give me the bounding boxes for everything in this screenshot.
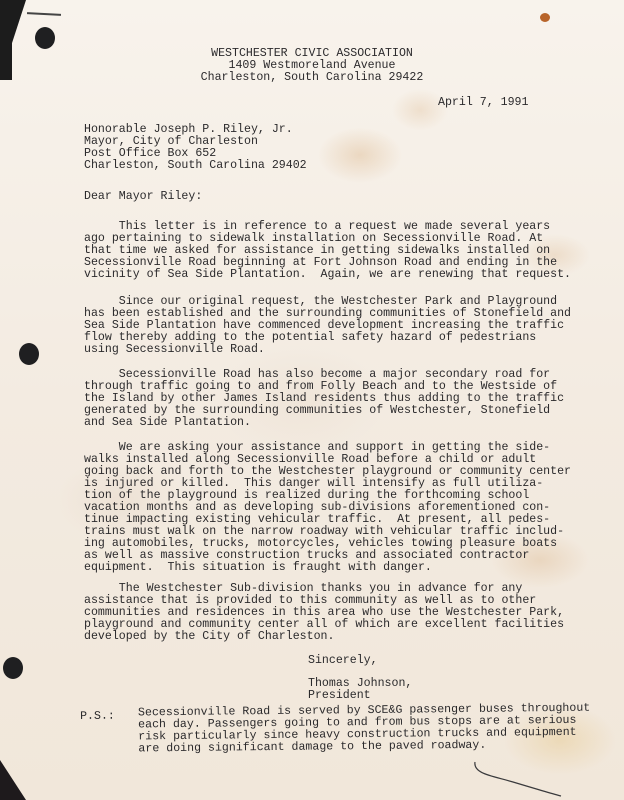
postscript-label: P.S.: [80,711,115,724]
postscript: P.S.: Secessionville Road is served by S… [0,0,617,1]
paragraph-line: developed by the City of Charleston. [84,631,334,643]
punch-hole [3,657,23,679]
paragraph-line: and Sea Side Plantation. [84,417,251,429]
punch-hole [35,27,55,49]
salutation: Dear Mayor Riley: [84,191,202,203]
recipient-line: Charleston, South Carolina 29402 [84,160,307,172]
pen-stroke-mark [473,760,563,800]
postscript-line: are doing significant damage to the pave… [138,740,486,756]
paragraph-line: equipment. This situation is fraught wit… [84,562,432,574]
paragraph-line: vicinity of Sea Side Plantation. Again, … [84,269,571,281]
punch-hole [19,343,39,365]
closing: Sincerely, [308,655,378,667]
letter-date: April 7, 1991 [438,97,528,109]
letter-page: WESTCHESTER CIVIC ASSOCIATION 1409 Westm… [0,0,624,800]
scan-edge-shadow [0,760,26,800]
paragraph-line: using Secessionville Road. [84,344,265,356]
rust-stain [540,13,550,22]
letterhead-city: Charleston, South Carolina 29422 [0,72,624,84]
signer-title: President [308,690,371,702]
pen-mark [27,12,61,16]
